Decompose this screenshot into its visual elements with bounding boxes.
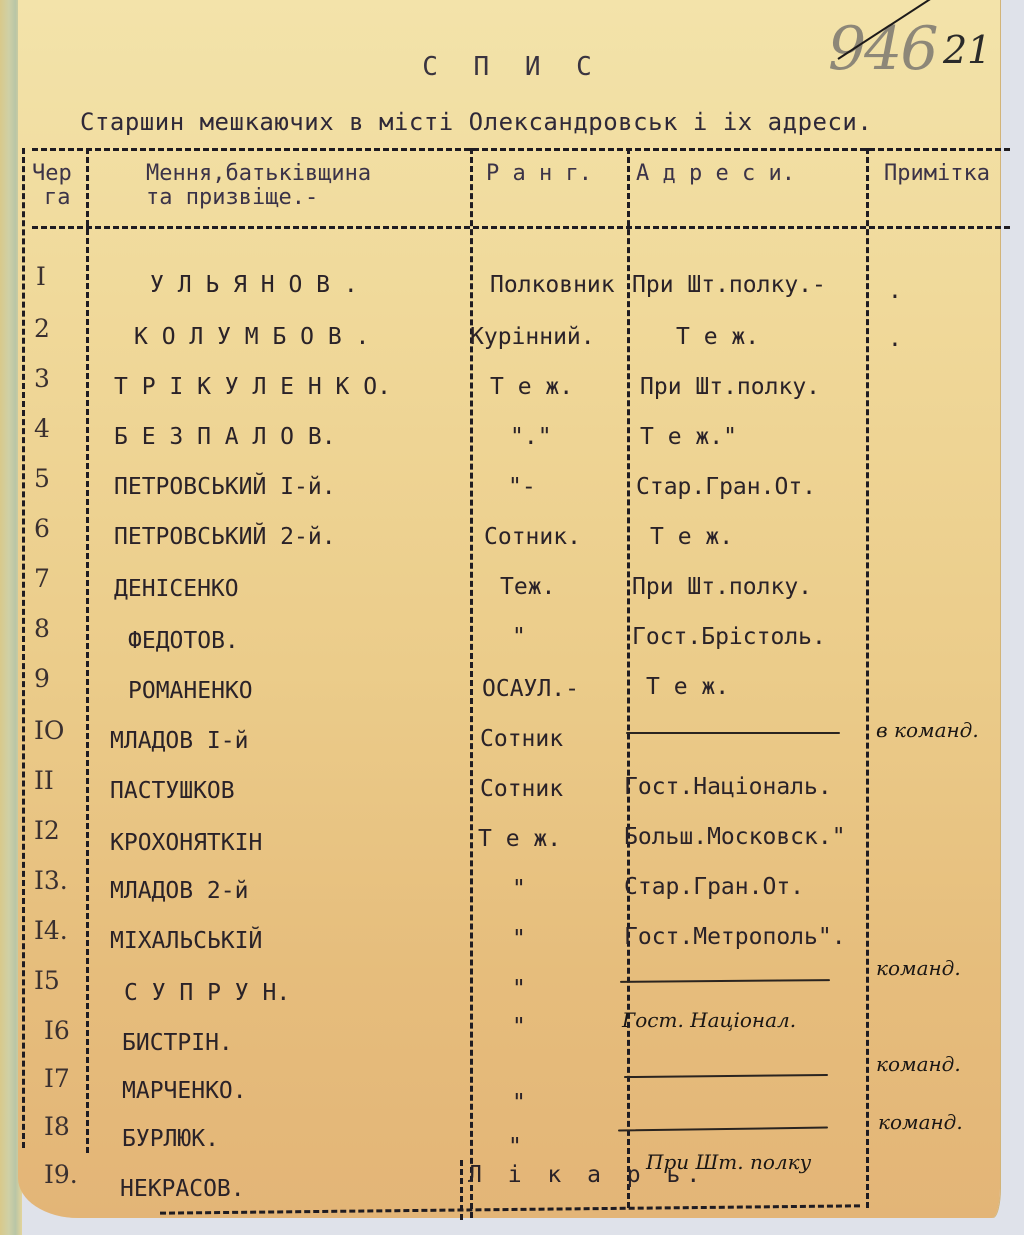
row-order: I xyxy=(36,262,46,291)
row-name: МЛАДОВ 2-й xyxy=(110,878,248,904)
row-name: НЕКРАСОВ. xyxy=(120,1176,245,1202)
row-address: Т е ж. xyxy=(650,524,733,550)
row-order: I2 xyxy=(34,816,60,845)
row-rank: Т е ж. xyxy=(478,826,561,852)
row-address: Гост.Метрополь". xyxy=(624,924,846,950)
row-rank: " xyxy=(512,624,526,650)
row-name: ПЕТРОВСЬКИЙ І-й. xyxy=(114,474,336,500)
row-rank: " xyxy=(512,876,526,902)
row-rank: Сотник xyxy=(480,726,563,752)
row-name: БУРЛЮК. xyxy=(122,1126,219,1152)
header-rank: Р а н г. xyxy=(486,162,592,186)
row-rank: Курінний. xyxy=(470,324,595,350)
row-address: Т е ж. xyxy=(676,324,759,350)
row-rank: " xyxy=(508,1134,522,1160)
row-address: При Шт.полку. xyxy=(632,574,812,600)
row-address-handwritten: При Шт. полку xyxy=(646,1150,811,1174)
row-order: I6 xyxy=(44,1016,70,1045)
row-order: 4 xyxy=(34,414,50,443)
row-rank: "." xyxy=(510,424,552,450)
table-top-border xyxy=(32,148,1010,151)
row-address: Стар.Гран.От. xyxy=(636,474,816,500)
col-divider-name xyxy=(470,148,473,1218)
row-order: 3 xyxy=(34,364,50,393)
row-order: 9 xyxy=(34,664,50,693)
row-note-handwritten: команд. xyxy=(876,956,961,980)
row-address: Гост.Брістоль. xyxy=(632,624,826,650)
row-name: МАРЧЕНКО. xyxy=(122,1078,247,1104)
row-name: ПЕТРОВСЬКИЙ 2-й. xyxy=(114,524,336,550)
row-address: Больш.Московск." xyxy=(624,824,846,850)
row-rank: " xyxy=(512,976,526,1002)
row-note: . xyxy=(888,326,902,352)
row-name: МІХАЛЬСЬКІЙ xyxy=(110,928,262,954)
row-order: 5 xyxy=(34,464,50,493)
row-address: Т е ж." xyxy=(640,424,737,450)
row-order: 6 xyxy=(34,514,50,543)
row-address: При Шт.полку. xyxy=(640,374,820,400)
row-rank: Сотник xyxy=(480,776,563,802)
row-rank: " xyxy=(512,1090,526,1116)
row-name: Б Е З П А Л О В. xyxy=(114,424,336,450)
row-address: Гост.Національ. xyxy=(624,774,832,800)
row-order: I9. xyxy=(44,1160,78,1189)
col-divider-rank xyxy=(627,148,630,1208)
document-title: С П И С xyxy=(0,52,1024,82)
row-order: I4. xyxy=(34,916,68,945)
row-address-handwritten: Гост. Націонал. xyxy=(622,1008,796,1032)
row-name: ПАСТУШКОВ xyxy=(110,778,235,804)
row-note-handwritten: команд. xyxy=(878,1110,963,1134)
col-divider-name-lower xyxy=(460,1160,463,1220)
row-order: 8 xyxy=(34,614,50,643)
row-name: У Л Ь Я Н О В . xyxy=(150,272,358,298)
row-address: Т е ж. xyxy=(646,674,729,700)
row-rank: "- xyxy=(508,474,536,500)
row-address-dash xyxy=(626,732,840,734)
row-rank: " xyxy=(512,926,526,952)
row-name: ДЕНІСЕНКО xyxy=(114,576,239,602)
row-note: . xyxy=(888,278,902,304)
document-subtitle: Старшин мешкаючих в місті Олександровськ… xyxy=(80,108,872,136)
row-rank: Т е ж. xyxy=(490,374,573,400)
row-order: I8 xyxy=(44,1112,70,1141)
header-name: Мення,батьківщина та призвіще.- xyxy=(146,162,371,210)
row-address: При Шт.полку.- xyxy=(632,272,826,298)
col-divider-order xyxy=(86,148,89,1153)
row-name: МЛАДОВ І-й xyxy=(110,728,248,754)
row-order: IO xyxy=(34,716,64,745)
row-rank: ОСАУЛ.- xyxy=(482,676,579,702)
row-name: С У П Р У Н. xyxy=(124,980,290,1006)
col-divider-left xyxy=(22,148,25,1148)
row-order: I3. xyxy=(34,866,68,895)
row-rank: " xyxy=(512,1014,526,1040)
header-address: А д р е с и. xyxy=(636,162,795,186)
row-order: 2 xyxy=(34,314,50,343)
header-note: Примітка xyxy=(884,162,990,186)
col-divider-address xyxy=(866,148,869,1208)
row-name: К О Л У М Б О В . xyxy=(134,324,369,350)
row-rank: Сотник. xyxy=(484,524,581,550)
row-name: РОМАНЕНКО xyxy=(128,678,253,704)
header-order: Чер га xyxy=(32,162,72,210)
row-name: КРОХОНЯТКІН xyxy=(110,830,262,856)
row-order: I5 xyxy=(34,966,60,995)
header-bottom-border xyxy=(32,226,1010,229)
row-name: Т Р І К У Л Е Н К О. xyxy=(114,374,391,400)
row-name: БИСТРІН. xyxy=(122,1030,233,1056)
row-order: II xyxy=(34,766,54,795)
row-order: 7 xyxy=(34,564,50,593)
row-rank: Полковник xyxy=(490,272,615,298)
row-note-handwritten: в команд. xyxy=(876,718,979,742)
row-address: Стар.Гран.От. xyxy=(624,874,804,900)
row-rank: Теж. xyxy=(500,574,555,600)
row-name: ФЕДОТОВ. xyxy=(128,628,239,654)
row-order: I7 xyxy=(44,1064,70,1093)
row-note-handwritten: команд. xyxy=(876,1052,961,1076)
